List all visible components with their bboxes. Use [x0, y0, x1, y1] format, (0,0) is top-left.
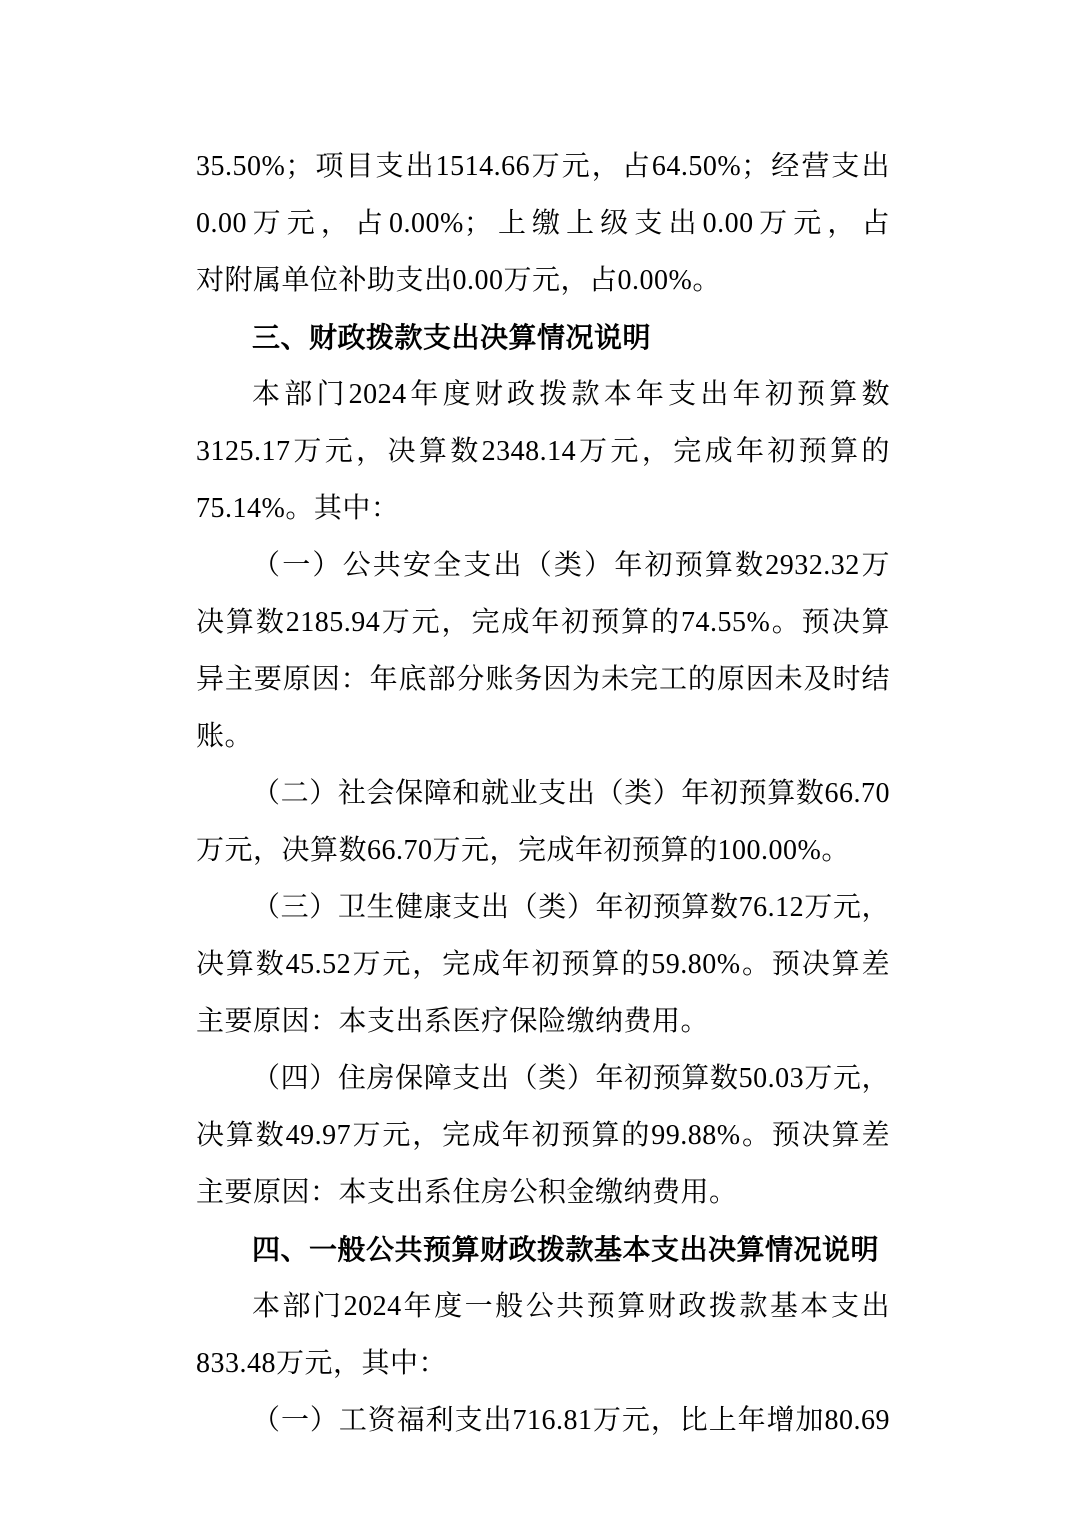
- document-page: 35.50%；项目支出1514.66万元，占64.50%；经营支出0.00万元，…: [0, 0, 1074, 1520]
- section-heading: 三、财政拨款支出决算情况说明: [196, 309, 890, 366]
- text-line: 75.14%。其中：: [196, 480, 890, 537]
- text-line: 3125.17万元，决算数2348.14万元，完成年初预算的: [196, 423, 890, 480]
- text-line: 833.48万元，其中：: [196, 1335, 890, 1392]
- text-line: 异主要原因：年底部分账务因为未完工的原因未及时结: [196, 651, 890, 708]
- text-line: 本部门2024年度一般公共预算财政拨款基本支出: [196, 1278, 890, 1335]
- text-line: 决算数2185.94万元，完成年初预算的74.55%。预决算差: [196, 594, 890, 651]
- text-block: 35.50%；项目支出1514.66万元，占64.50%；经营支出0.00万元，…: [196, 138, 890, 1449]
- text-line: （四）住房保障支出（类）年初预算数50.03万元，: [196, 1050, 890, 1107]
- text-line: 本部门2024年度财政拨款本年支出年初预算数: [196, 366, 890, 423]
- text-line: （三）卫生健康支出（类）年初预算数76.12万元，: [196, 879, 890, 936]
- text-line: 0.00万元，占0.00%；上缴上级支出0.00万元，占0.00%；: [196, 195, 890, 252]
- text-line: 对附属单位补助支出0.00万元，占0.00%。: [196, 252, 890, 309]
- text-line: 账。: [196, 708, 890, 765]
- text-line: 万元，决算数66.70万元，完成年初预算的100.00%。: [196, 822, 890, 879]
- text-line: （二）社会保障和就业支出（类）年初预算数66.70: [196, 765, 890, 822]
- text-line: （一）公共安全支出（类）年初预算数2932.32万元，: [196, 537, 890, 594]
- text-line: 35.50%；项目支出1514.66万元，占64.50%；经营支出: [196, 138, 890, 195]
- text-line: 主要原因：本支出系住房公积金缴纳费用。: [196, 1164, 890, 1221]
- section-heading: 四、一般公共预算财政拨款基本支出决算情况说明: [196, 1221, 890, 1278]
- text-line: 决算数49.97万元，完成年初预算的99.88%。预决算差异: [196, 1107, 890, 1164]
- text-line: （一）工资福利支出716.81万元，比上年增加80.69: [196, 1392, 890, 1449]
- text-line: 主要原因：本支出系医疗保险缴纳费用。: [196, 993, 890, 1050]
- text-line: 决算数45.52万元，完成年初预算的59.80%。预决算差异: [196, 936, 890, 993]
